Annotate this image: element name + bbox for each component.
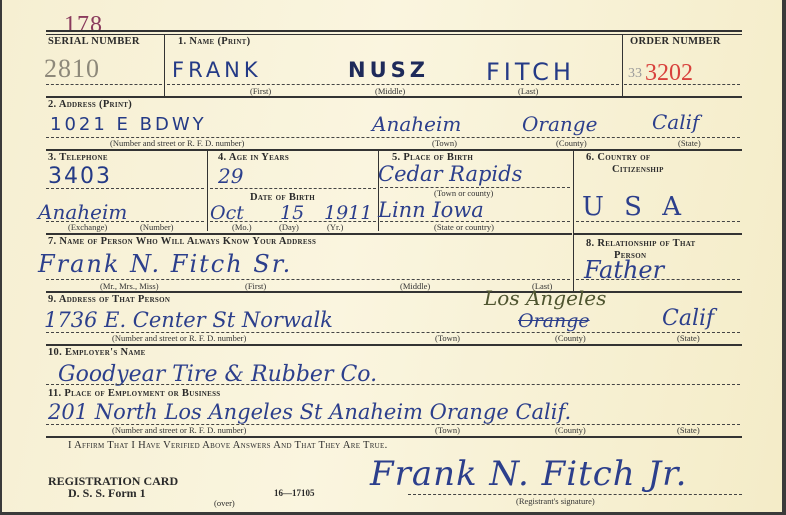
birthplace-state-caption: (State or country)	[434, 222, 494, 232]
year-caption: (Yr.)	[327, 222, 343, 232]
name-middle: NUSZ	[348, 58, 429, 82]
month-caption: (Mo.)	[232, 222, 252, 232]
name-first: FRANK	[172, 58, 262, 82]
age-label: 4. Age in Years	[218, 152, 289, 163]
employer-label: 10. Employer's Name	[48, 347, 146, 358]
county-struck: Orange	[518, 310, 590, 332]
birthplace-town-caption: (Town or county)	[434, 188, 493, 198]
middle-caption: (Middle)	[375, 86, 405, 96]
address-county: Orange	[522, 112, 597, 136]
over-note: (over)	[214, 498, 235, 508]
last-caption: (Last)	[518, 86, 538, 96]
contact-name: Frank N. Fitch Sr.	[38, 250, 292, 278]
print-code: 16—17105	[274, 488, 315, 498]
town-caption: (Town)	[432, 138, 457, 148]
age-value: 29	[218, 164, 243, 188]
citizenship-label-line1: 6. Country of	[586, 152, 650, 163]
order-number-value: 3202	[645, 60, 693, 87]
contact-street-caption: (Number and street or R. F. D. number)	[112, 333, 246, 343]
address-label: 2. Address (Print)	[48, 99, 132, 110]
birthplace-state: Linn Iowa	[378, 198, 484, 222]
day-caption: (Day)	[279, 222, 299, 232]
signature-caption: (Registrant's signature)	[516, 496, 595, 506]
telephone-label: 3. Telephone	[48, 152, 108, 163]
address-state: Calif	[652, 110, 699, 134]
registrant-signature: Frank N. Fitch Jr.	[370, 454, 687, 494]
contact-label: 7. Name of Person Who Will Always Know Y…	[48, 236, 316, 247]
contact-middle-caption: (Middle)	[400, 281, 430, 291]
street-caption: (Number and street or R. F. D. number)	[110, 138, 244, 148]
citizenship-value: U S A	[582, 192, 687, 222]
affirmation-text: I Affirm That I Have Verified Above Answ…	[68, 440, 388, 451]
telephone-number: 3403	[48, 164, 112, 189]
employment-state-caption: (State)	[677, 425, 700, 435]
contact-county-caption: (County)	[555, 333, 586, 343]
contact-address-state: Calif	[662, 306, 714, 331]
contact-address-label: 9. Address of That Person	[48, 294, 170, 305]
name-last: FITCH	[486, 58, 575, 86]
contact-town-caption: (Town)	[435, 333, 460, 343]
registration-card: 178 Serial Number 2810 1. Name (Print) F…	[2, 0, 782, 512]
title-caption: (Mr., Mrs., Miss)	[100, 281, 159, 291]
employment-county-caption: (County)	[555, 425, 586, 435]
contact-state-caption: (State)	[677, 333, 700, 343]
order-pencil-note: 33	[628, 66, 642, 82]
employment-street-caption: (Number and street or R. F. D. number)	[112, 425, 246, 435]
state-caption: (State)	[678, 138, 701, 148]
order-number-label: ORDER NUMBER	[630, 36, 721, 47]
exchange-caption: (Exchange)	[68, 222, 107, 232]
county-correction: Los Angeles	[484, 286, 606, 310]
address-street: 1021 E BDWY	[50, 114, 207, 135]
contact-first-caption: (First)	[245, 281, 266, 291]
citizenship-label-line2: Citizenship	[612, 164, 664, 175]
employment-place-value: 201 North Los Angeles St Anaheim Orange …	[48, 400, 571, 424]
employment-town-caption: (Town)	[435, 425, 460, 435]
address-town: Anaheim	[372, 112, 461, 136]
serial-number-label: Serial Number	[48, 36, 140, 47]
form-id: D. S. S. Form 1	[68, 486, 146, 501]
first-caption: (First)	[250, 86, 271, 96]
serial-number-value: 2810	[44, 54, 100, 84]
birthplace-town: Cedar Rapids	[378, 162, 522, 186]
relationship-label-line1: 8. Relationship of That	[586, 238, 696, 249]
contact-address-street: 1736 E. Center St Norwalk	[44, 308, 333, 332]
number-caption: (Number)	[140, 222, 174, 232]
name-label: 1. Name (Print)	[178, 36, 250, 47]
employment-place-label: 11. Place of Employment or Business	[48, 388, 221, 399]
county-caption: (County)	[556, 138, 587, 148]
